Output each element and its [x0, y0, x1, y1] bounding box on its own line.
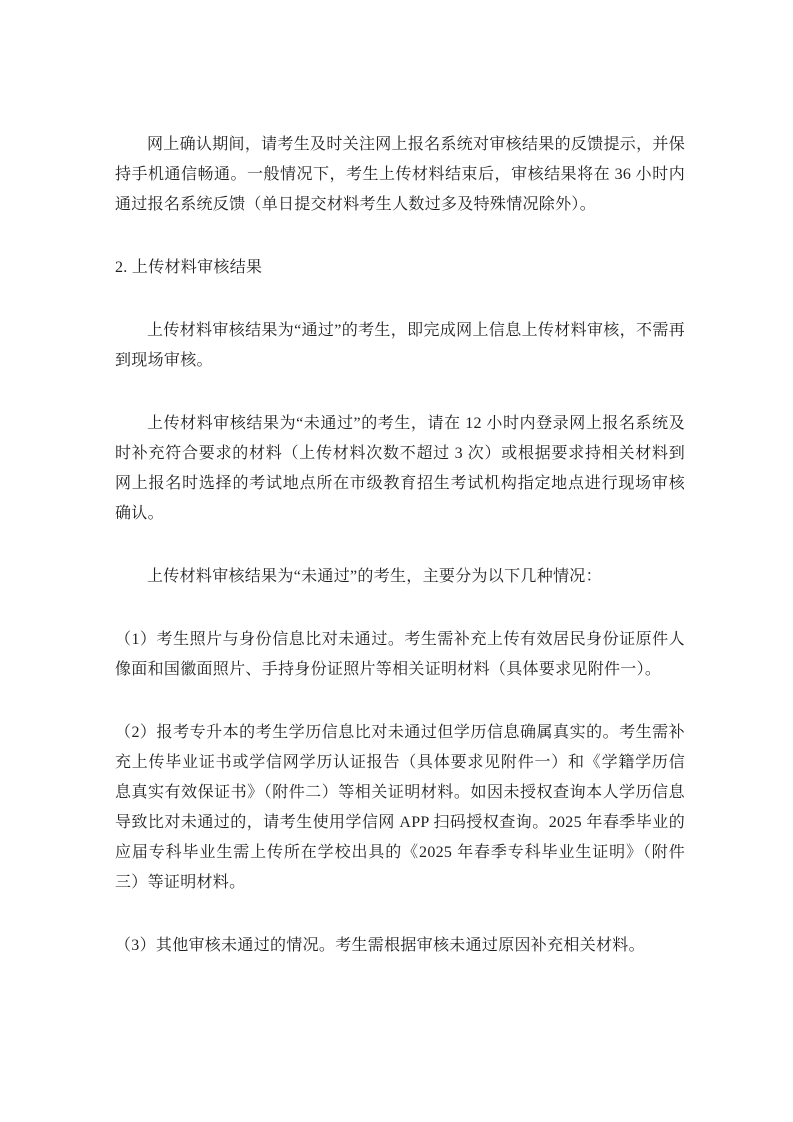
document-page: 网上确认期间，请考生及时关注网上报名系统对审核结果的反馈提示，并保持手机通信畅通…	[0, 0, 793, 1122]
paragraph-result-passed: 上传材料审核结果为“通过”的考生，即完成网上信息上传材料审核，不需再到现场审核。	[115, 316, 685, 376]
list-item-case-1-photo-identity-mismatch: （1）考生照片与身份信息比对未通过。考生需补充上传有效居民身份证原件人像面和国徽…	[115, 625, 685, 685]
section-heading-upload-review-result: 2. 上传材料审核结果	[115, 253, 685, 283]
list-item-case-2-education-info-mismatch: （2）报考专升本的考生学历信息比对未通过但学历信息确属真实的。考生需补充上传毕业…	[115, 718, 685, 898]
paragraph-result-not-passed-action: 上传材料审核结果为“未通过”的考生，请在 12 小时内登录网上报名系统及时补充符…	[115, 409, 685, 529]
list-item-case-3-other-failures: （3）其他审核未通过的情况。考生需根据审核未通过原因补充相关材料。	[115, 931, 685, 961]
paragraph-online-confirmation-notice: 网上确认期间，请考生及时关注网上报名系统对审核结果的反馈提示，并保持手机通信畅通…	[115, 130, 685, 220]
paragraph-not-passed-cases-intro: 上传材料审核结果为“未通过”的考生，主要分为以下几种情况：	[115, 562, 685, 592]
